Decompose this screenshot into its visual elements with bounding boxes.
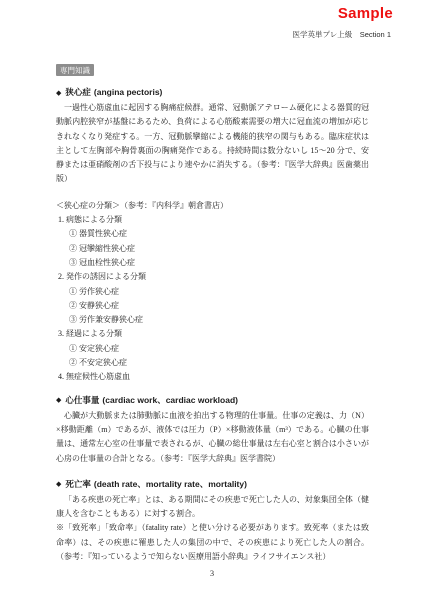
list-item: 3. 経過による分類 xyxy=(56,327,369,341)
term-ja: 心仕事量 xyxy=(65,394,99,406)
term-heading: ◆ 狭心症 (angina pectoris) xyxy=(56,86,369,100)
note-paragraph: ※「致死率」「致命率」（fatality rate）と使い分ける必要があります。… xyxy=(56,521,369,564)
term-en: (angina pectoris) xyxy=(94,86,162,98)
list-item: ① 器質性狭心症 xyxy=(56,227,369,241)
list-item: ③ 労作兼安静狭心症 xyxy=(56,313,369,327)
list-item: ③ 冠血栓性狭心症 xyxy=(56,256,369,270)
term-en: (cardiac work、cardiac workload) xyxy=(102,394,238,406)
list-item: 2. 発作の誘因による分類 xyxy=(56,270,369,284)
section-cardiac-work: ◆ 心仕事量 (cardiac work、cardiac workload) 心… xyxy=(56,394,369,466)
term-heading: ◆ 死亡率 (death rate、mortality rate、mortali… xyxy=(56,478,369,492)
definition-paragraph: 「ある疾患の死亡率」とは、ある期間にその疾患で死亡した人の、対象集団全体（健康人… xyxy=(56,493,369,522)
page-number: 3 xyxy=(0,568,424,578)
diamond-bullet-icon: ◆ xyxy=(56,88,61,100)
category-badge: 専門知識 xyxy=(56,64,94,76)
list-item: ② 安静狭心症 xyxy=(56,299,369,313)
list-item: ② 不安定狭心症 xyxy=(56,356,369,370)
list-item: 1. 病態による分類 xyxy=(56,213,369,227)
definition-paragraph: 一過性心筋虚血に起因する胸痛症候群。通常、冠動脈アテローム硬化による器質的冠動脈… xyxy=(56,101,369,187)
document-page: Sample 医学英単プレ上級 Section 1 専門知識 ◆ 狭心症 (an… xyxy=(0,0,424,600)
course-header: 医学英単プレ上級 Section 1 xyxy=(293,29,391,40)
section-angina: ◆ 狭心症 (angina pectoris) 一過性心筋虚血に起因する胸痛症候… xyxy=(56,86,369,385)
classification-heading: ＜狭心症の分類＞（参考：『内科学』朝倉書店） xyxy=(56,199,369,213)
term-en: (death rate、mortality rate、mortality) xyxy=(94,478,247,490)
sample-watermark: Sample xyxy=(338,5,393,22)
diamond-bullet-icon: ◆ xyxy=(56,395,61,407)
list-item: ① 安定狭心症 xyxy=(56,342,369,356)
page-content: ◆ 狭心症 (angina pectoris) 一過性心筋虚血に起因する胸痛症候… xyxy=(56,86,369,564)
classification-list: 1. 病態による分類 ① 器質性狭心症 ② 冠攣縮性狭心症 ③ 冠血栓性狭心症 … xyxy=(56,213,369,385)
list-item: ② 冠攣縮性狭心症 xyxy=(56,242,369,256)
list-item: 4. 無症候性心筋虚血 xyxy=(56,370,369,384)
term-ja: 狭心症 xyxy=(65,86,91,98)
definition-paragraph: 心臓が大動脈または肺動脈に血液を拍出する物理的仕事量。仕事の定義は、力（N）×移… xyxy=(56,409,369,466)
term-heading: ◆ 心仕事量 (cardiac work、cardiac workload) xyxy=(56,394,369,408)
term-ja: 死亡率 xyxy=(65,478,91,490)
section-death-rate: ◆ 死亡率 (death rate、mortality rate、mortali… xyxy=(56,478,369,564)
diamond-bullet-icon: ◆ xyxy=(56,479,61,491)
list-item: ① 労作狭心症 xyxy=(56,285,369,299)
